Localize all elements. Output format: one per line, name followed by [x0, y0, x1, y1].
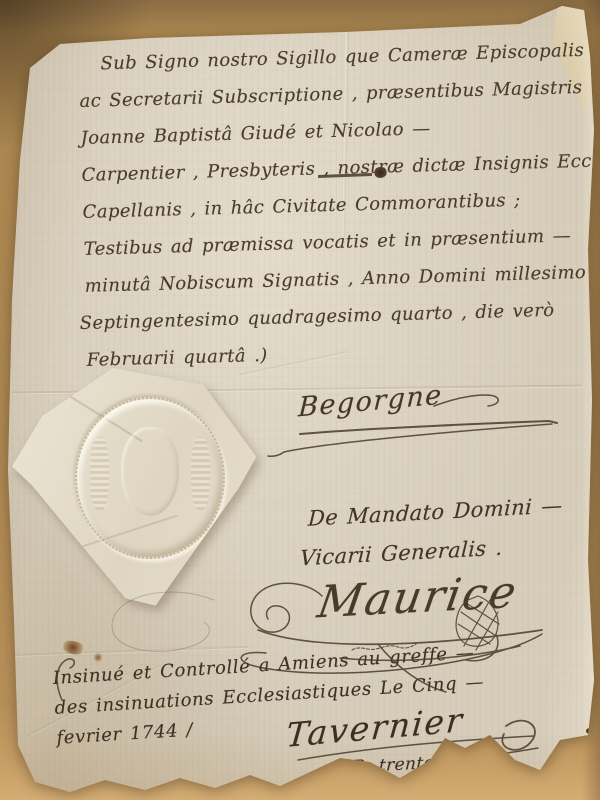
embossed-seal	[12, 368, 264, 608]
mandate-line-1: De Mandato Domini —	[308, 493, 564, 530]
manuscript-photo: Sub Signo nostro Sigillo que Cameræ Epis…	[0, 0, 600, 800]
tavernier-underline-2	[424, 748, 538, 768]
signature-begorgne: Begorgne	[297, 380, 443, 424]
begorgne-underline-top	[300, 421, 557, 434]
paper-sheet-wrap: Sub Signo nostro Sigillo que Cameræ Epis…	[0, 0, 600, 800]
seal-paper-wafer	[12, 368, 264, 608]
left-edge-ink-marks	[2, 566, 8, 612]
begorgne-underline-long	[268, 424, 552, 456]
begorgne-end-hook	[434, 395, 498, 406]
brown-stain-small	[94, 652, 102, 663]
seal-oval-ring	[75, 397, 225, 559]
seal-coat-of-arms	[121, 427, 179, 516]
signature-maurice: Maurice	[314, 567, 521, 629]
fee-note: R. trente Sols	[352, 751, 480, 778]
seal-tassels-right	[191, 437, 210, 510]
paper-sheet: Sub Signo nostro Sigillo que Cameræ Epis…	[0, 0, 600, 800]
tavernier-paraph	[502, 721, 535, 750]
ink-dot	[586, 728, 593, 734]
mandate-line-2: Vicarii Generalis .	[300, 536, 504, 571]
seal-tassels-left	[90, 437, 109, 510]
latin-body-text: Sub Signo nostro Sigillo que Cameræ Epis…	[78, 32, 592, 379]
